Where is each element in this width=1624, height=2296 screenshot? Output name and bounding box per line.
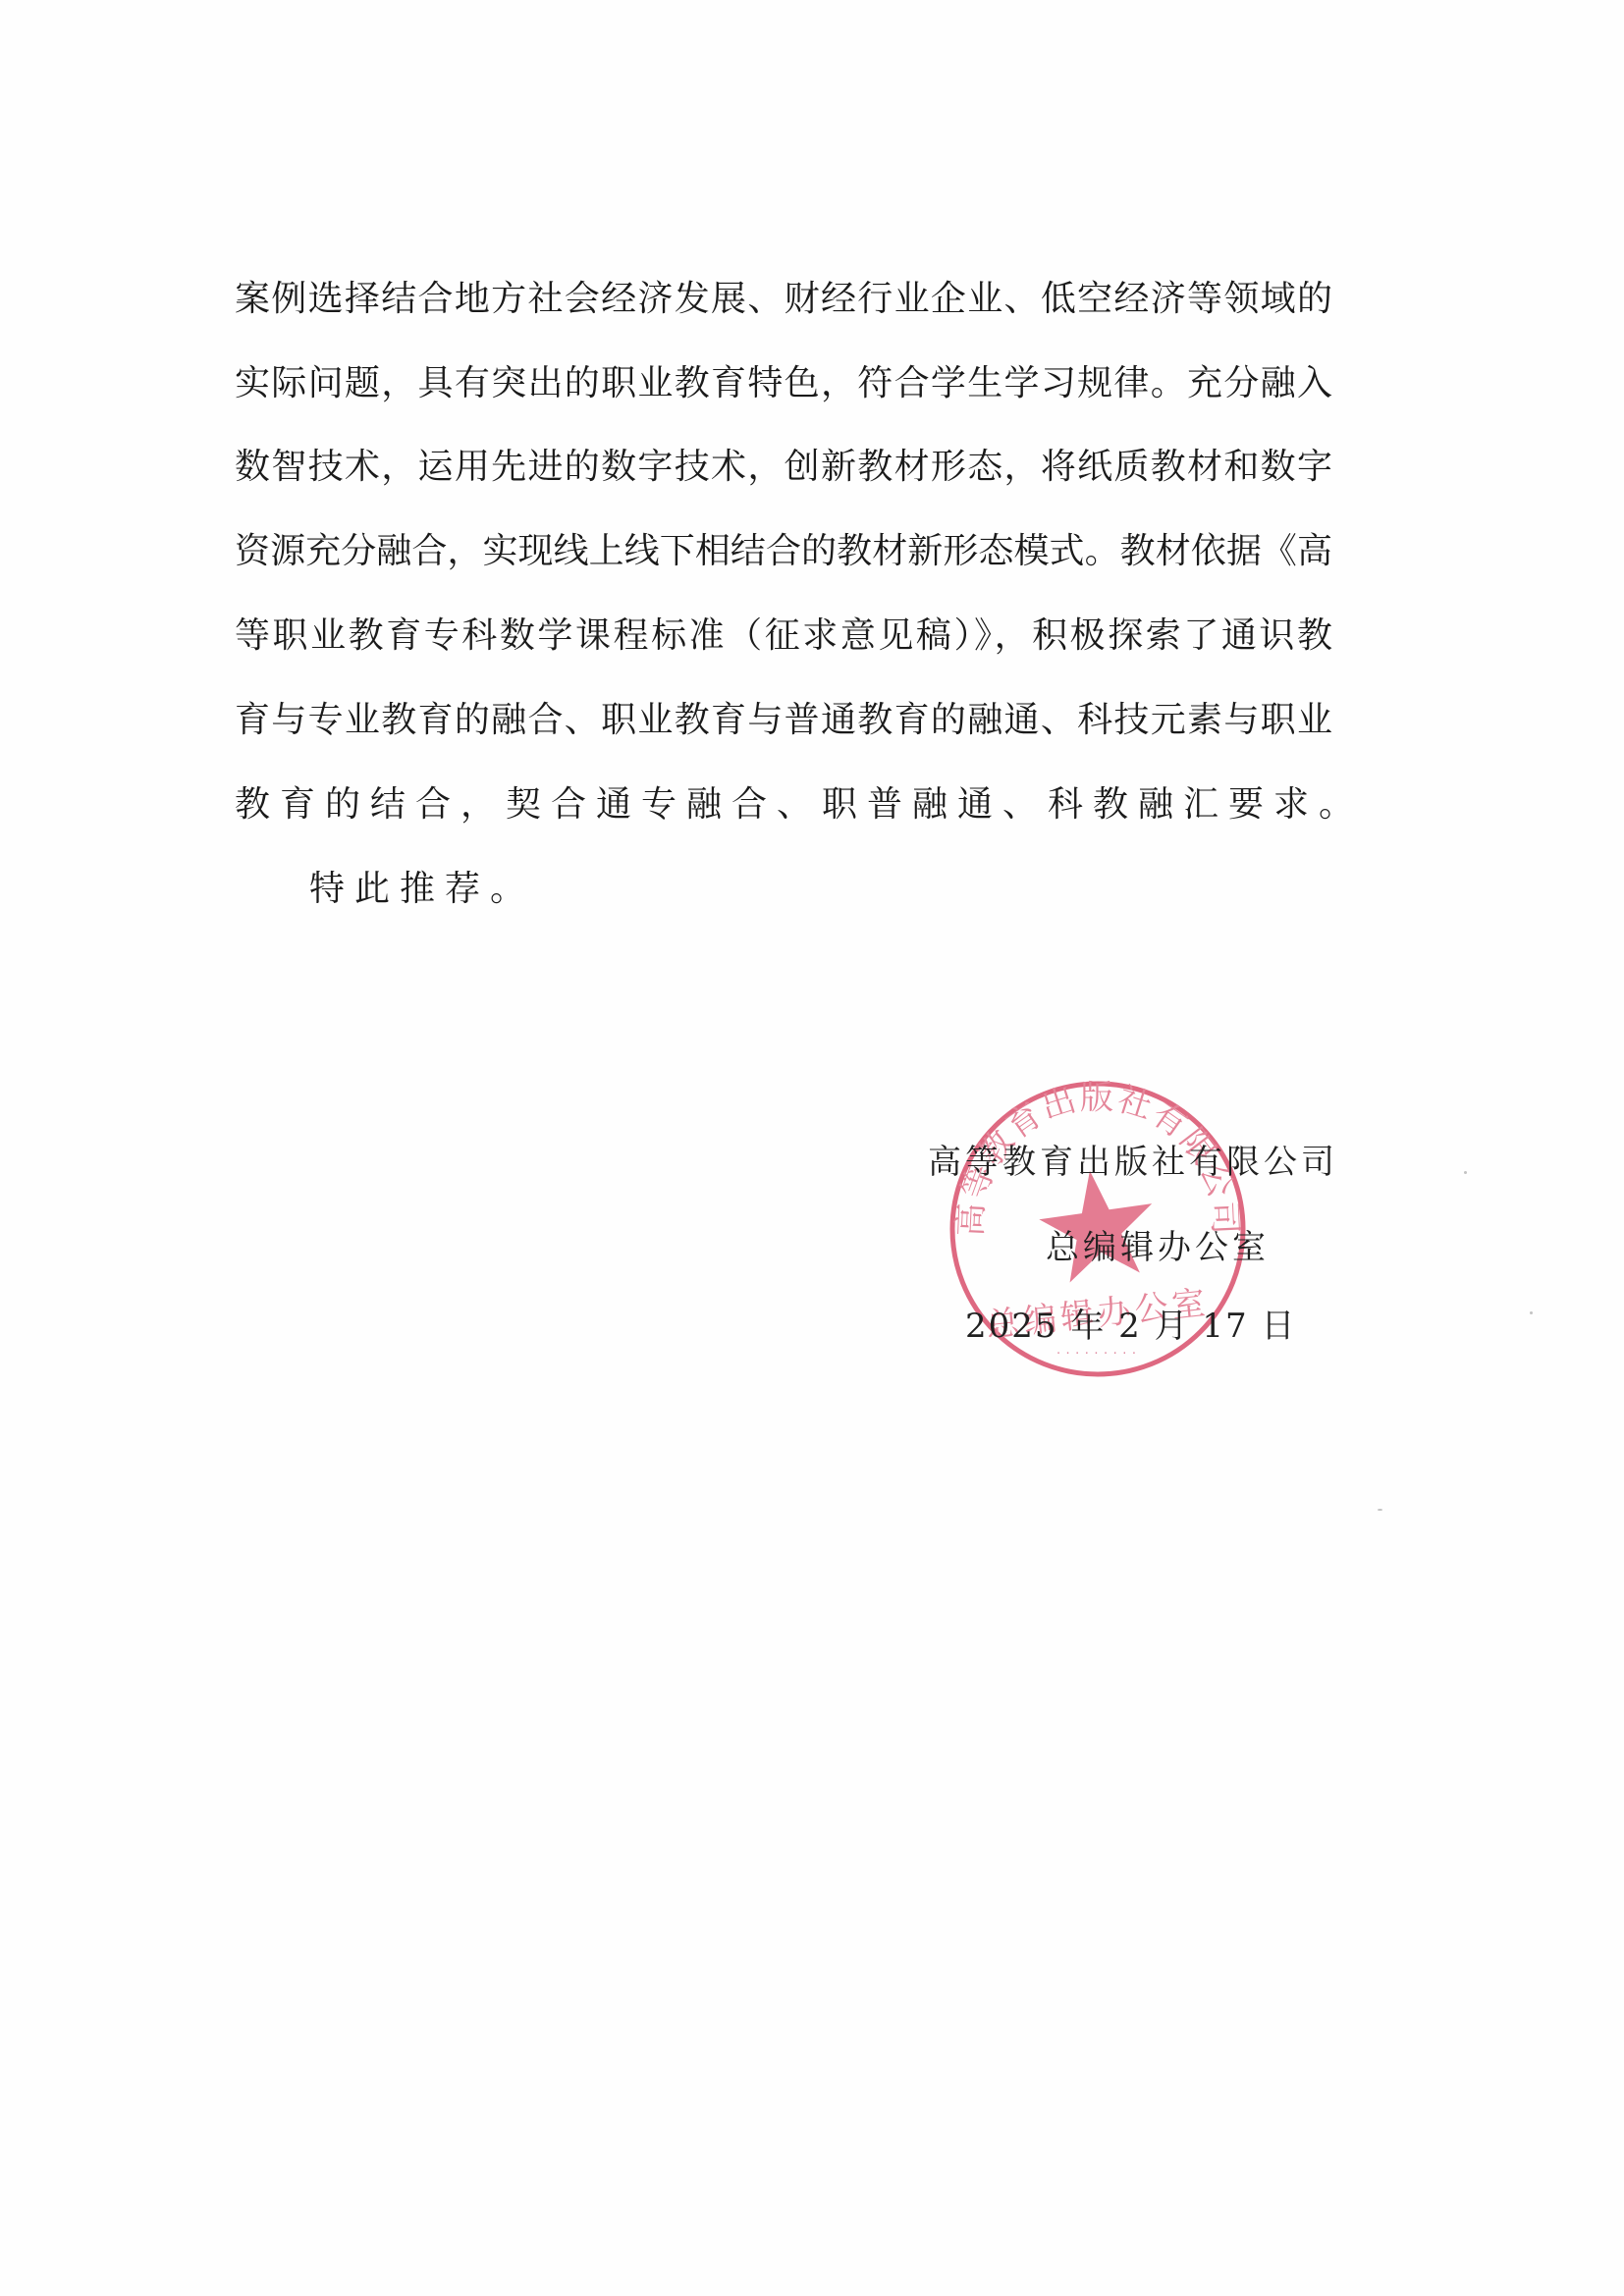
scan-speck (1530, 1311, 1533, 1314)
body-line: 等职业教育专科数学课程标准（征求意见稿）》，积极探索了通识教 (235, 616, 1332, 656)
body-line: 实际问题，具有突出的职业教育特色，符合学生学习规律。充分融入 (235, 364, 1332, 403)
body-line: 数智技术，运用先进的数字技术，创新教材形态，将纸质教材和数字 (235, 448, 1332, 487)
seal-serial: ········· (1056, 1347, 1141, 1360)
body-line: 案例选择结合地方社会经济发展、财经行业企业、低空经济等领域的 (235, 280, 1332, 319)
signature-date: 2025 年 2 月 17 日 (965, 1308, 1296, 1345)
closing-line: 特此推荐。 (309, 870, 535, 909)
body-line: 育与专业教育的融合、职业教育与普通教育的融通、科技元素与职业 (235, 701, 1332, 740)
scan-speck (1464, 1171, 1467, 1174)
signature-organization: 高等教育出版社有限公司 (928, 1144, 1338, 1181)
signature-department: 总编辑办公室 (1046, 1229, 1270, 1266)
body-line: 教育的结合，契合通专融合、职普融通、科教融汇要求。 (235, 785, 1364, 825)
scan-speck (1378, 1509, 1382, 1511)
body-line: 资源充分融合，实现线上线下相结合的教材新形态模式。教材依据《高 (235, 532, 1332, 571)
document-page: 案例选择结合地方社会经济发展、财经行业企业、低空经济等领域的 实际问题，具有突出… (0, 0, 1624, 2296)
